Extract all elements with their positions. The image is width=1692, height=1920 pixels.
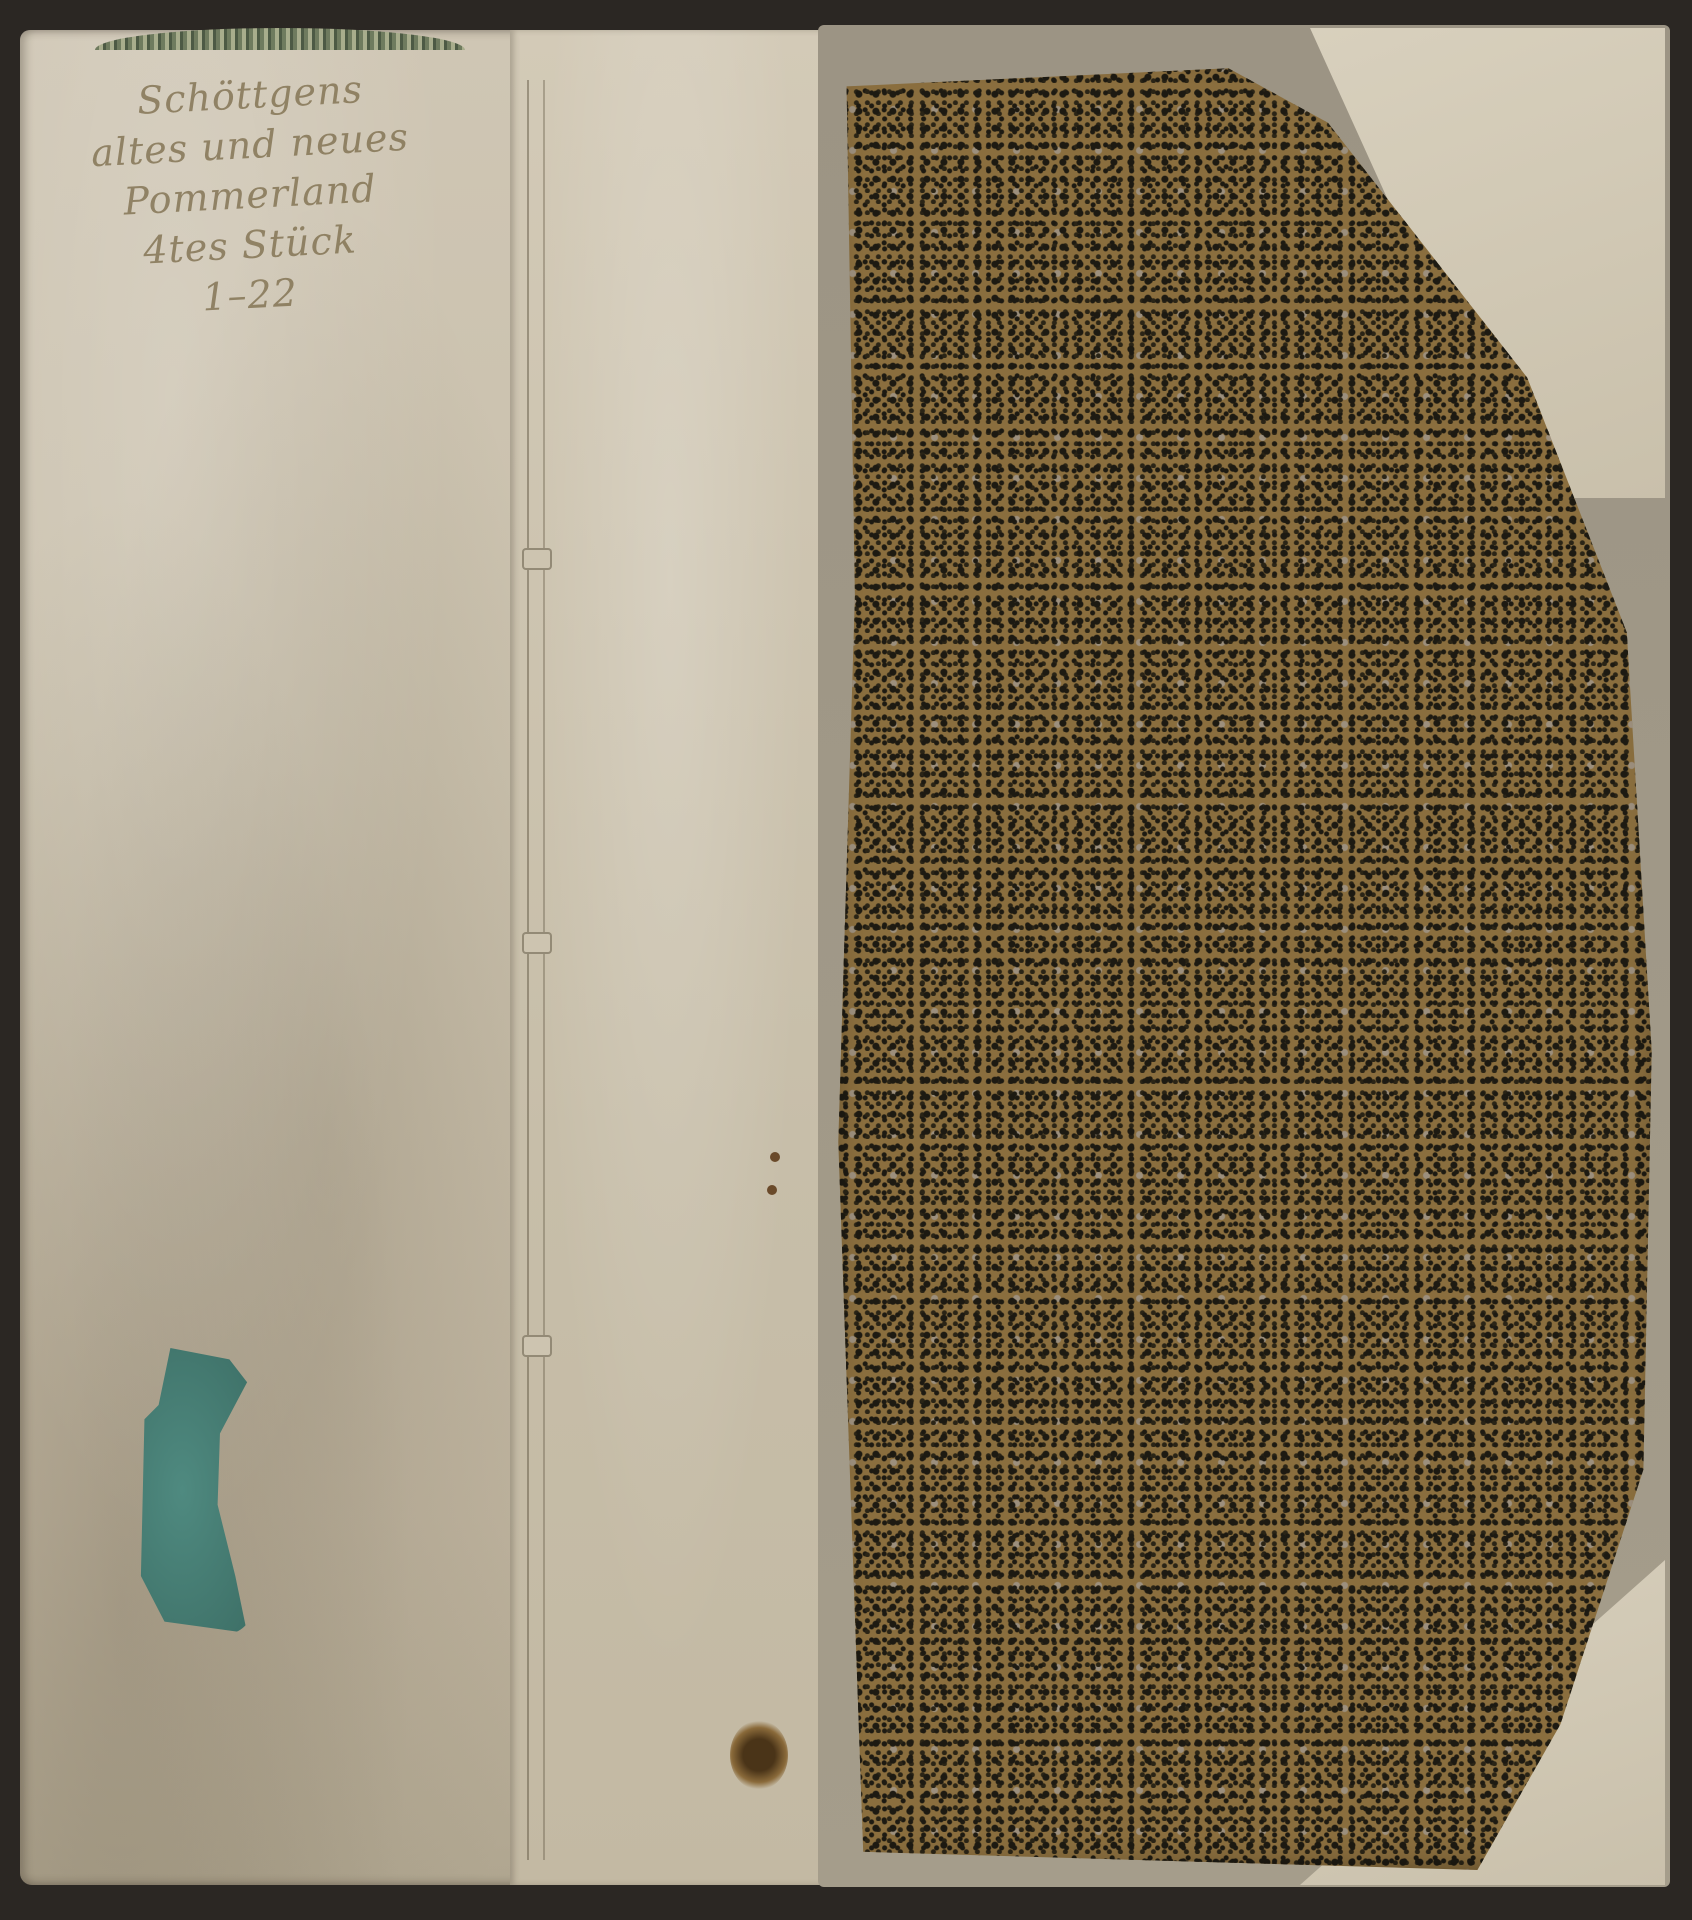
sewing-support — [522, 932, 552, 954]
book-photograph: Schöttgens altes und neues Pommerland 4t… — [0, 0, 1692, 1920]
sewing-support — [522, 1335, 552, 1357]
stain-spot — [730, 1720, 788, 1790]
vellum-turn-in — [510, 30, 830, 1885]
stain-dot — [767, 1185, 777, 1195]
stain-dot — [770, 1152, 780, 1162]
sewing-support — [522, 548, 552, 570]
hinge-joint — [527, 80, 545, 1860]
spine-handwritten-title: Schöttgens altes und neues Pommerland 4t… — [60, 70, 440, 320]
